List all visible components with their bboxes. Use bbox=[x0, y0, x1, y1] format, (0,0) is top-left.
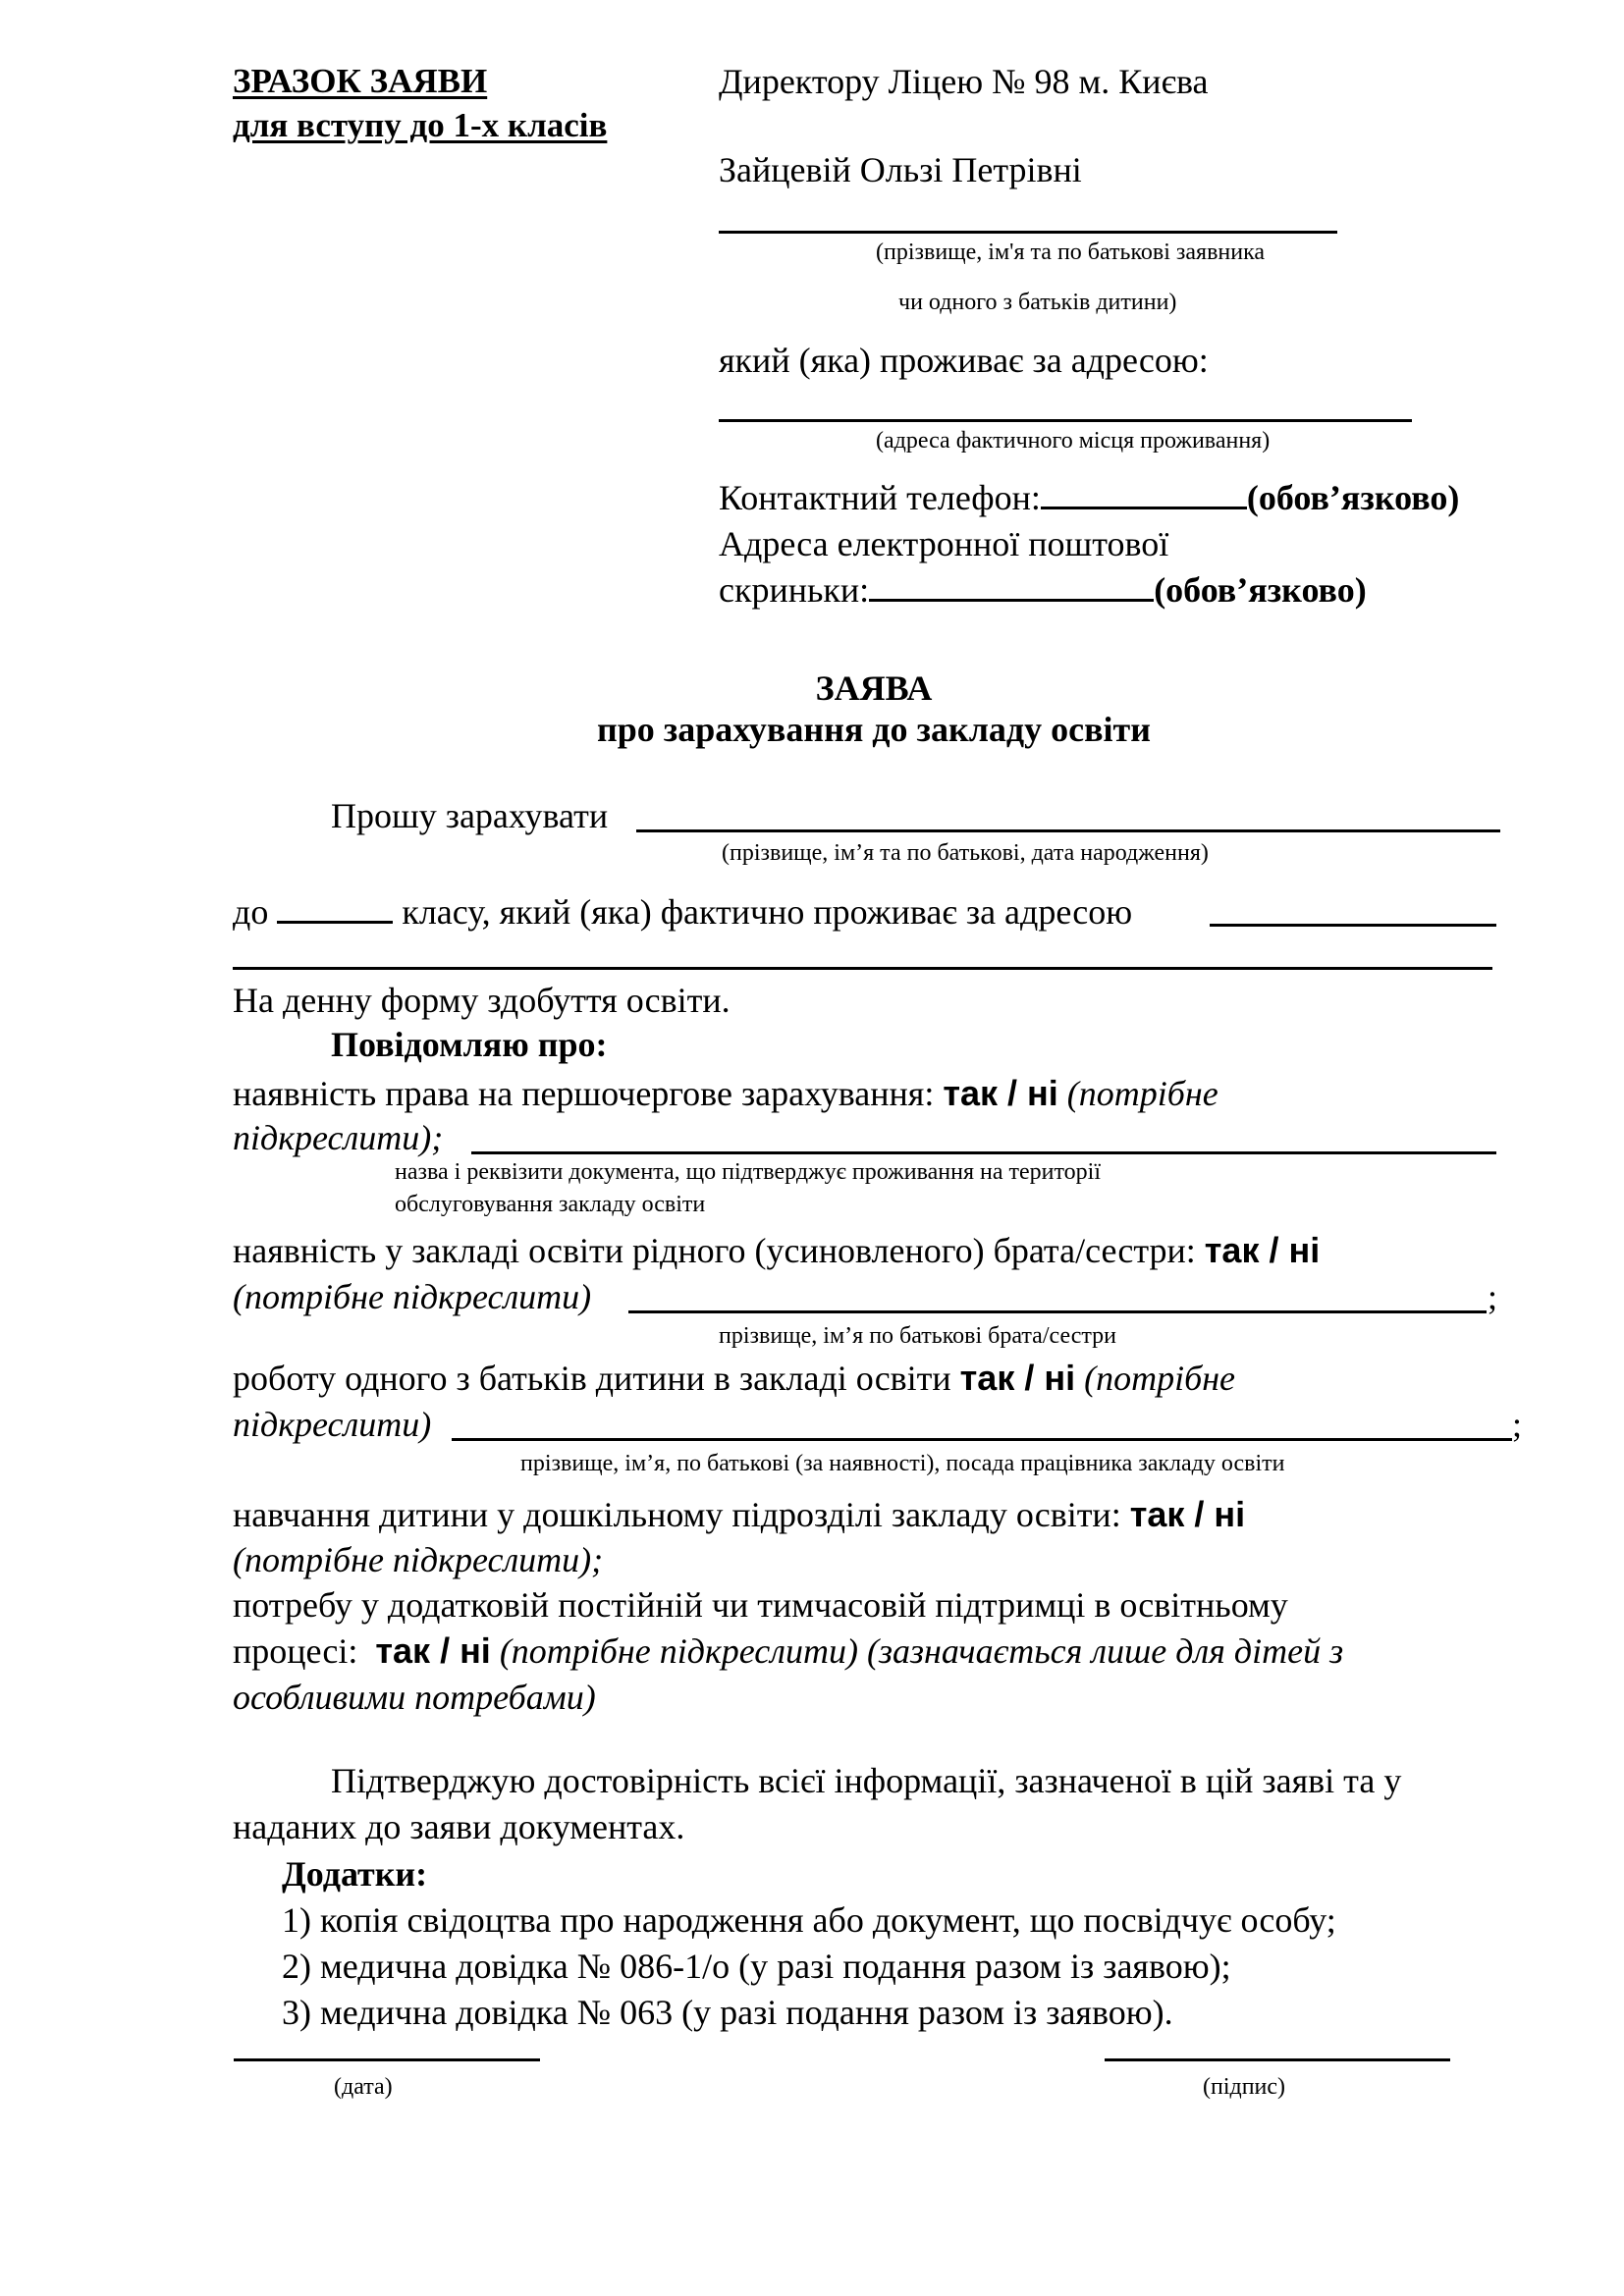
attachments-label: Додатки: bbox=[282, 1853, 427, 1895]
preschool-yes-no[interactable]: так / ні bbox=[1130, 1494, 1245, 1534]
parent-work-row: роботу одного з батьків дитини в закладі… bbox=[233, 1358, 1235, 1399]
sample-subtitle: для вступу до 1-х класів bbox=[233, 105, 607, 146]
email-field[interactable] bbox=[869, 569, 1154, 602]
applicant-address-field[interactable] bbox=[719, 419, 1412, 422]
parent-work-yes-no[interactable]: так / ні bbox=[960, 1358, 1075, 1398]
preschool-note: (потрібне підкреслити); bbox=[233, 1539, 603, 1580]
phone-label: Контактний телефон: bbox=[719, 478, 1041, 517]
sibling-hint: прізвище, ім’я по батькові брата/сестри bbox=[719, 1322, 1116, 1350]
date-label: (дата) bbox=[334, 2073, 393, 2101]
class-text: класу, який (яка) фактично проживає за а… bbox=[402, 892, 1132, 932]
date-field[interactable] bbox=[234, 2058, 540, 2061]
parent-work-end: ; bbox=[1512, 1404, 1522, 1445]
email-label-2: скриньки: bbox=[719, 570, 869, 610]
phone-row: Контактний телефон:(обов’язково) bbox=[719, 477, 1459, 518]
phone-required: (обов’язково) bbox=[1247, 478, 1460, 517]
signature-label: (підпис) bbox=[1203, 2073, 1285, 2101]
class-prefix: до bbox=[233, 892, 268, 932]
special-needs-line1: потребу у додатковій постійній чи тимчас… bbox=[233, 1584, 1288, 1626]
confirm-line2: наданих до заяви документах. bbox=[233, 1806, 684, 1847]
child-address-field-2[interactable] bbox=[233, 967, 1492, 970]
sibling-note: (потрібне підкреслити) bbox=[233, 1276, 591, 1317]
request-label: Прошу зарахувати bbox=[331, 795, 608, 836]
sibling-row: наявність у закладі освіти рідного (усин… bbox=[233, 1230, 1320, 1271]
priority-yes-no[interactable]: так / ні bbox=[943, 1073, 1057, 1113]
request-hint: (прізвище, ім’я та по батькові, дата нар… bbox=[722, 839, 1209, 867]
resides-label: який (яка) проживає за адресою: bbox=[719, 340, 1209, 381]
applicant-name-field[interactable] bbox=[719, 231, 1337, 234]
sample-title: ЗРАЗОК ЗАЯВИ bbox=[233, 61, 487, 102]
applicant-hint-2: чи одного з батьків дитини) bbox=[898, 289, 1176, 316]
sibling-name-field[interactable] bbox=[628, 1310, 1487, 1313]
addressee-director: Директору Ліцею № 98 м. Києва bbox=[719, 61, 1209, 102]
email-row: скриньки:(обов’язково) bbox=[719, 569, 1367, 611]
address-hint: (адреса фактичного місця проживання) bbox=[876, 427, 1270, 454]
special-needs-row: процесі: так / ні (потрібне підкреслити)… bbox=[233, 1630, 1343, 1672]
signature-field[interactable] bbox=[1105, 2058, 1450, 2061]
parent-work-hint: прізвище, ім’я, по батькові (за наявност… bbox=[520, 1450, 1284, 1477]
sibling-yes-no[interactable]: так / ні bbox=[1205, 1230, 1320, 1270]
special-needs-yes-no[interactable]: так / ні bbox=[375, 1630, 490, 1671]
priority-right-row: наявність права на першочергове зарахува… bbox=[233, 1073, 1218, 1114]
special-needs-note: особливими потребами) bbox=[233, 1677, 596, 1718]
email-label-1: Адреса електронної поштової bbox=[719, 523, 1168, 564]
addressee-name: Зайцевій Ользі Петрівні bbox=[719, 149, 1082, 190]
class-row: до класу, який (яка) фактично проживає з… bbox=[233, 891, 1132, 933]
attachment-item: 2) медична довідка № 086-1/о (у разі под… bbox=[282, 1946, 1231, 1987]
form-of-study: На денну форму здобуття освіти. bbox=[233, 980, 731, 1021]
priority-document-field[interactable] bbox=[471, 1151, 1496, 1154]
priority-hint-2: обслуговування закладу освіти bbox=[395, 1191, 705, 1218]
class-number-field[interactable] bbox=[277, 891, 393, 924]
confirm-line1: Підтверджую достовірність всієї інформац… bbox=[331, 1760, 1401, 1801]
priority-note: підкреслити); bbox=[233, 1117, 443, 1158]
priority-hint-1: назва і реквізити документа, що підтверд… bbox=[395, 1158, 1101, 1186]
application-subtitle: про зарахування до закладу освіти bbox=[0, 709, 1624, 750]
application-title: ЗАЯВА bbox=[0, 667, 1624, 709]
phone-field[interactable] bbox=[1041, 477, 1247, 509]
preschool-row: навчання дитини у дошкільному підрозділі… bbox=[233, 1494, 1245, 1535]
parent-work-note: підкреслити) bbox=[233, 1404, 431, 1445]
attachment-item: 1) копія свідоцтва про народження або до… bbox=[282, 1899, 1336, 1941]
child-name-field[interactable] bbox=[636, 829, 1500, 832]
inform-label: Повідомляю про: bbox=[331, 1024, 608, 1065]
parent-work-field[interactable] bbox=[452, 1438, 1512, 1441]
applicant-hint-1: (прізвище, ім'я та по батькові заявника bbox=[876, 239, 1265, 266]
email-required: (обов’язково) bbox=[1154, 570, 1367, 610]
attachment-item: 3) медична довідка № 063 (у разі подання… bbox=[282, 1992, 1173, 2033]
sibling-end: ; bbox=[1488, 1276, 1497, 1317]
child-address-field-1[interactable] bbox=[1210, 924, 1496, 927]
